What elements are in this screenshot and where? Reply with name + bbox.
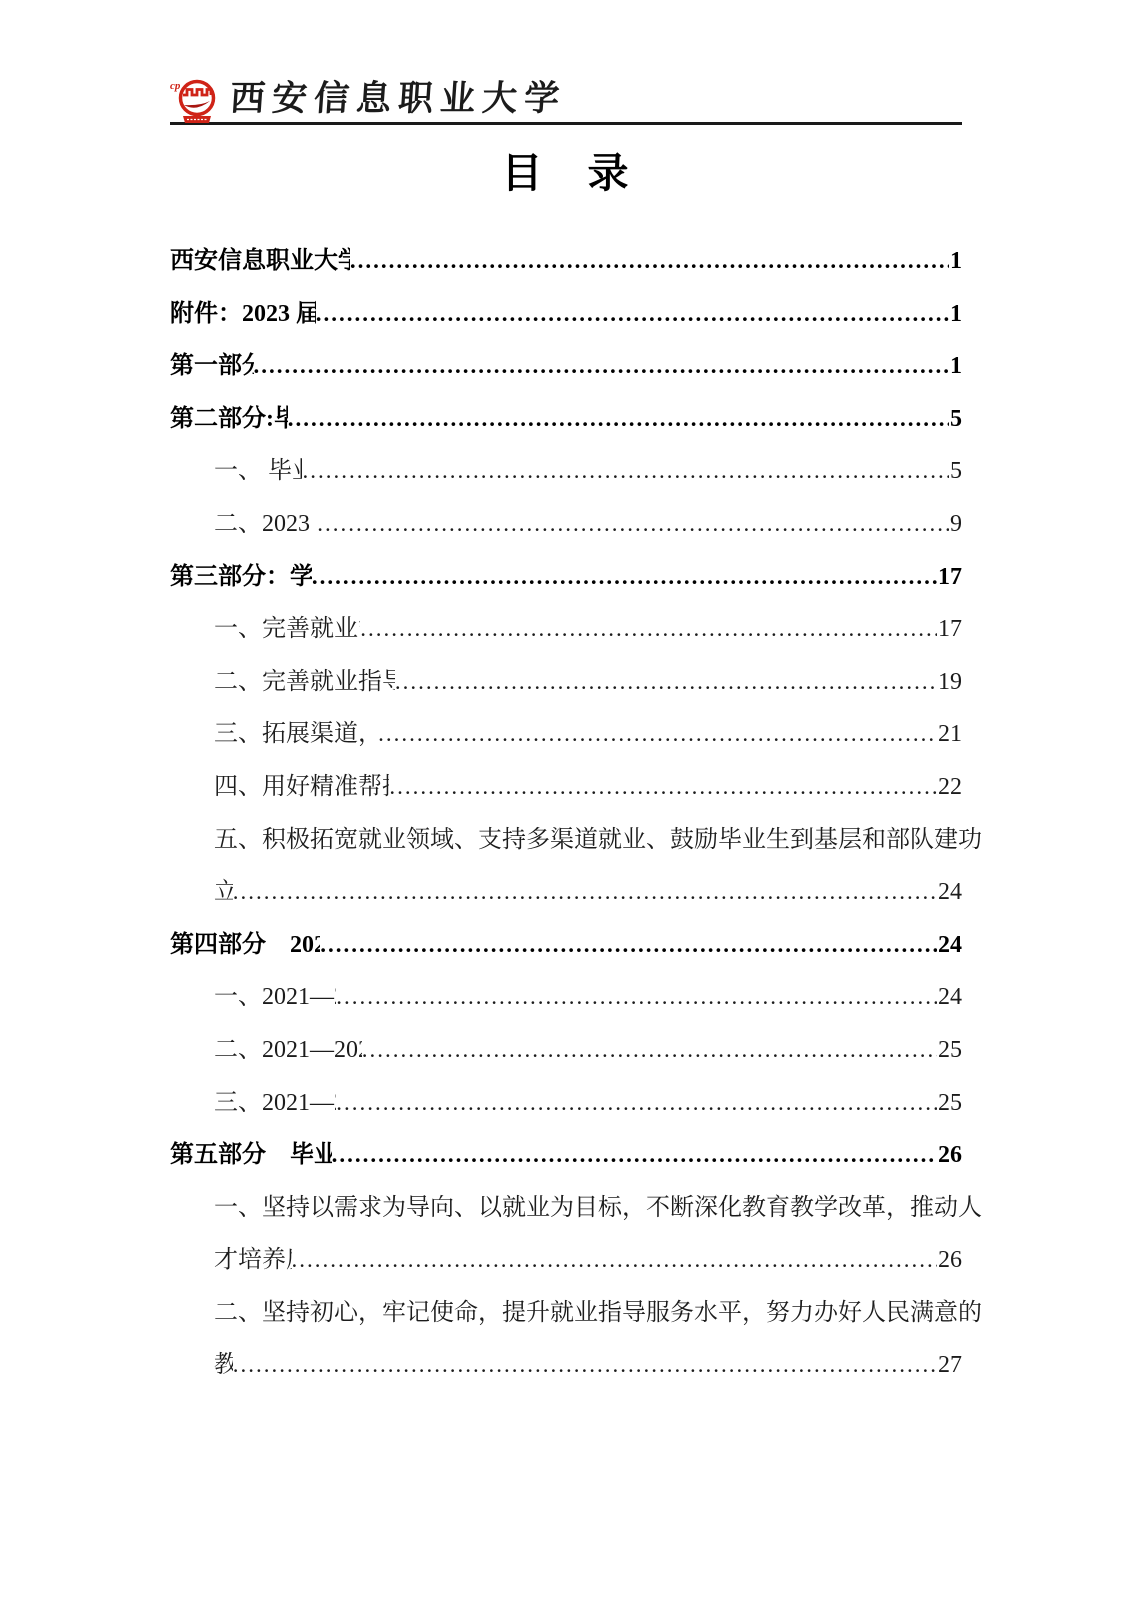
toc-page-number: 24 <box>937 971 962 1024</box>
dot-leader <box>292 1234 937 1287</box>
toc-entry[interactable]: 四、用好精准帮扶平台，做好困难群体毕业生就业工作 22 <box>170 761 962 814</box>
toc-page-number: 1 <box>949 340 962 393</box>
toc-page-number: 25 <box>937 1024 962 1077</box>
toc-entry-text: 附件：2023 届毕业生就业质量年度报告 <box>170 288 316 341</box>
dot-leader <box>312 551 937 604</box>
toc-entry[interactable]: 一、 毕业生规模及结构 5 <box>170 445 962 498</box>
toc-entry[interactable]: 三、拓展渠道，搭建平台，竭尽全力服务学生发展 21 <box>170 708 962 761</box>
dot-leader <box>320 919 937 972</box>
toc-entry-text: 第四部分 2021—2023 届毕业生就业趋势 <box>170 919 320 972</box>
toc-entry-text: 三、拓展渠道，搭建平台，竭尽全力服务学生发展 <box>214 708 378 761</box>
document-page: cp 西安信息职业大学 目 录 西安信息职业大学 2023 届毕业生就业质量年度… <box>0 0 1132 1600</box>
toc-entry-text: 才培养质量全面提高 <box>214 1234 292 1287</box>
dot-leader <box>332 1129 937 1182</box>
dot-leader <box>288 393 949 446</box>
toc-entry-text: 立业 <box>214 866 233 919</box>
dot-leader <box>362 1024 937 1077</box>
toc-entry-text: 二、2021—2023 届毕业生毕业去向分布概况 <box>214 1024 362 1077</box>
dot-leader <box>302 445 949 498</box>
toc-page-number: 26 <box>937 1129 962 1182</box>
toc-page-number: 5 <box>949 393 962 446</box>
toc-entry[interactable]: 二、完善就业指导体系，对接经济社会发展紧缺人才需求 19 <box>170 656 962 709</box>
toc-entry-text: 第五部分 毕业生就业对教育教学工作的反馈 <box>170 1129 332 1182</box>
toc-page-number: 19 <box>937 656 962 709</box>
toc-entry-text-continued: 一、坚持以需求为导向、以就业为目标，不断深化教育教学改革，推动人 <box>214 1182 962 1235</box>
page-title: 目 录 <box>170 149 962 197</box>
toc-page-number: 24 <box>937 866 962 919</box>
dot-leader <box>350 235 949 288</box>
toc-page-number: 5 <box>949 445 962 498</box>
toc-entry-text: 西安信息职业大学 2023 届毕业生就业质量年度报告 <box>170 235 350 288</box>
toc-entry[interactable]: 一、坚持以需求为导向、以就业为目标，不断深化教育教学改革，推动人 才培养质量全面… <box>170 1182 962 1287</box>
toc-entry[interactable]: 二、2021—2023 届毕业生毕业去向分布概况 25 <box>170 1024 962 1077</box>
toc-entry-text: 二、完善就业指导体系，对接经济社会发展紧缺人才需求 <box>214 656 395 709</box>
toc-entry-text: 一、2021—2023 届毕业生就业概况 <box>214 971 336 1024</box>
toc-page-number: 26 <box>937 1234 962 1287</box>
page-header: cp 西安信息职业大学 <box>170 0 962 125</box>
toc-page-number: 25 <box>937 1077 962 1130</box>
toc-page-number: 21 <box>937 708 962 761</box>
dot-leader <box>336 971 937 1024</box>
toc-page-number: 24 <box>937 919 962 972</box>
toc-entry[interactable]: 附件：2023 届毕业生就业质量年度报告 1 <box>170 288 962 341</box>
toc-entry[interactable]: 第三部分：学校促进就业创业工作举措 17 <box>170 551 962 604</box>
toc-page-number: 9 <box>949 498 962 551</box>
dot-leader <box>233 1339 937 1392</box>
toc-entry[interactable]: 西安信息职业大学 2023 届毕业生就业质量年度报告 1 <box>170 235 962 288</box>
toc-page-number: 1 <box>949 288 962 341</box>
table-of-contents: 西安信息职业大学 2023 届毕业生就业质量年度报告 1 附件：2023 届毕业… <box>170 235 962 1392</box>
toc-entry-text: 教育 <box>214 1339 233 1392</box>
toc-entry[interactable]: 第五部分 毕业生就业对教育教学工作的反馈 26 <box>170 1129 962 1182</box>
toc-entry[interactable]: 一、2021—2023 届毕业生就业概况 24 <box>170 971 962 1024</box>
toc-page-number: 17 <box>937 551 962 604</box>
toc-entry[interactable]: 一、完善就业管理制度，加强就业考核工作 17 <box>170 603 962 656</box>
university-logo-icon: cp <box>170 74 220 126</box>
toc-page-number: 27 <box>937 1339 962 1392</box>
dot-leader <box>389 761 937 814</box>
toc-entry-text: 第一部分：学校简介 <box>170 340 254 393</box>
svg-text:cp: cp <box>170 80 181 92</box>
dot-leader <box>233 866 937 919</box>
dot-leader <box>378 708 937 761</box>
toc-entry-text: 第二部分:毕业生就业基本概况 <box>170 393 288 446</box>
dot-leader <box>336 1077 937 1130</box>
school-name: 西安信息职业大学 <box>229 81 568 120</box>
toc-entry-text: 一、完善就业管理制度，加强就业考核工作 <box>214 603 360 656</box>
toc-entry-text: 三、2021—2023 届毕业生升学概况 <box>214 1077 336 1130</box>
toc-entry-text: 四、用好精准帮扶平台，做好困难群体毕业生就业工作 <box>214 761 389 814</box>
toc-entry[interactable]: 第一部分：学校简介 1 <box>170 340 962 393</box>
toc-entry-text: 第三部分：学校促进就业创业工作举措 <box>170 551 312 604</box>
dot-leader <box>316 288 949 341</box>
toc-entry[interactable]: 第四部分 2021—2023 届毕业生就业趋势 24 <box>170 919 962 972</box>
dot-leader <box>254 340 949 393</box>
dot-leader <box>395 656 937 709</box>
toc-entry[interactable]: 二、2023 届毕业生就业概况 9 <box>170 498 962 551</box>
toc-page-number: 17 <box>937 603 962 656</box>
toc-entry[interactable]: 五、积极拓宽就业领域、支持多渠道就业、鼓励毕业生到基层和部队建功 立业 24 <box>170 814 962 919</box>
toc-entry-text-continued: 五、积极拓宽就业领域、支持多渠道就业、鼓励毕业生到基层和部队建功 <box>214 814 962 867</box>
toc-entry[interactable]: 二、坚持初心，牢记使命，提升就业指导服务水平，努力办好人民满意的 教育 27 <box>170 1287 962 1392</box>
toc-page-number: 1 <box>949 235 962 288</box>
toc-entry-text: 二、2023 届毕业生就业概况 <box>214 498 317 551</box>
dot-leader <box>360 603 937 656</box>
toc-page-number: 22 <box>937 761 962 814</box>
toc-entry-text-continued: 二、坚持初心，牢记使命，提升就业指导服务水平，努力办好人民满意的 <box>214 1287 962 1340</box>
toc-entry-text: 一、 毕业生规模及结构 <box>214 445 302 498</box>
toc-entry[interactable]: 三、2021—2023 届毕业生升学概况 25 <box>170 1077 962 1130</box>
dot-leader <box>317 498 949 551</box>
toc-entry[interactable]: 第二部分:毕业生就业基本概况 5 <box>170 393 962 446</box>
